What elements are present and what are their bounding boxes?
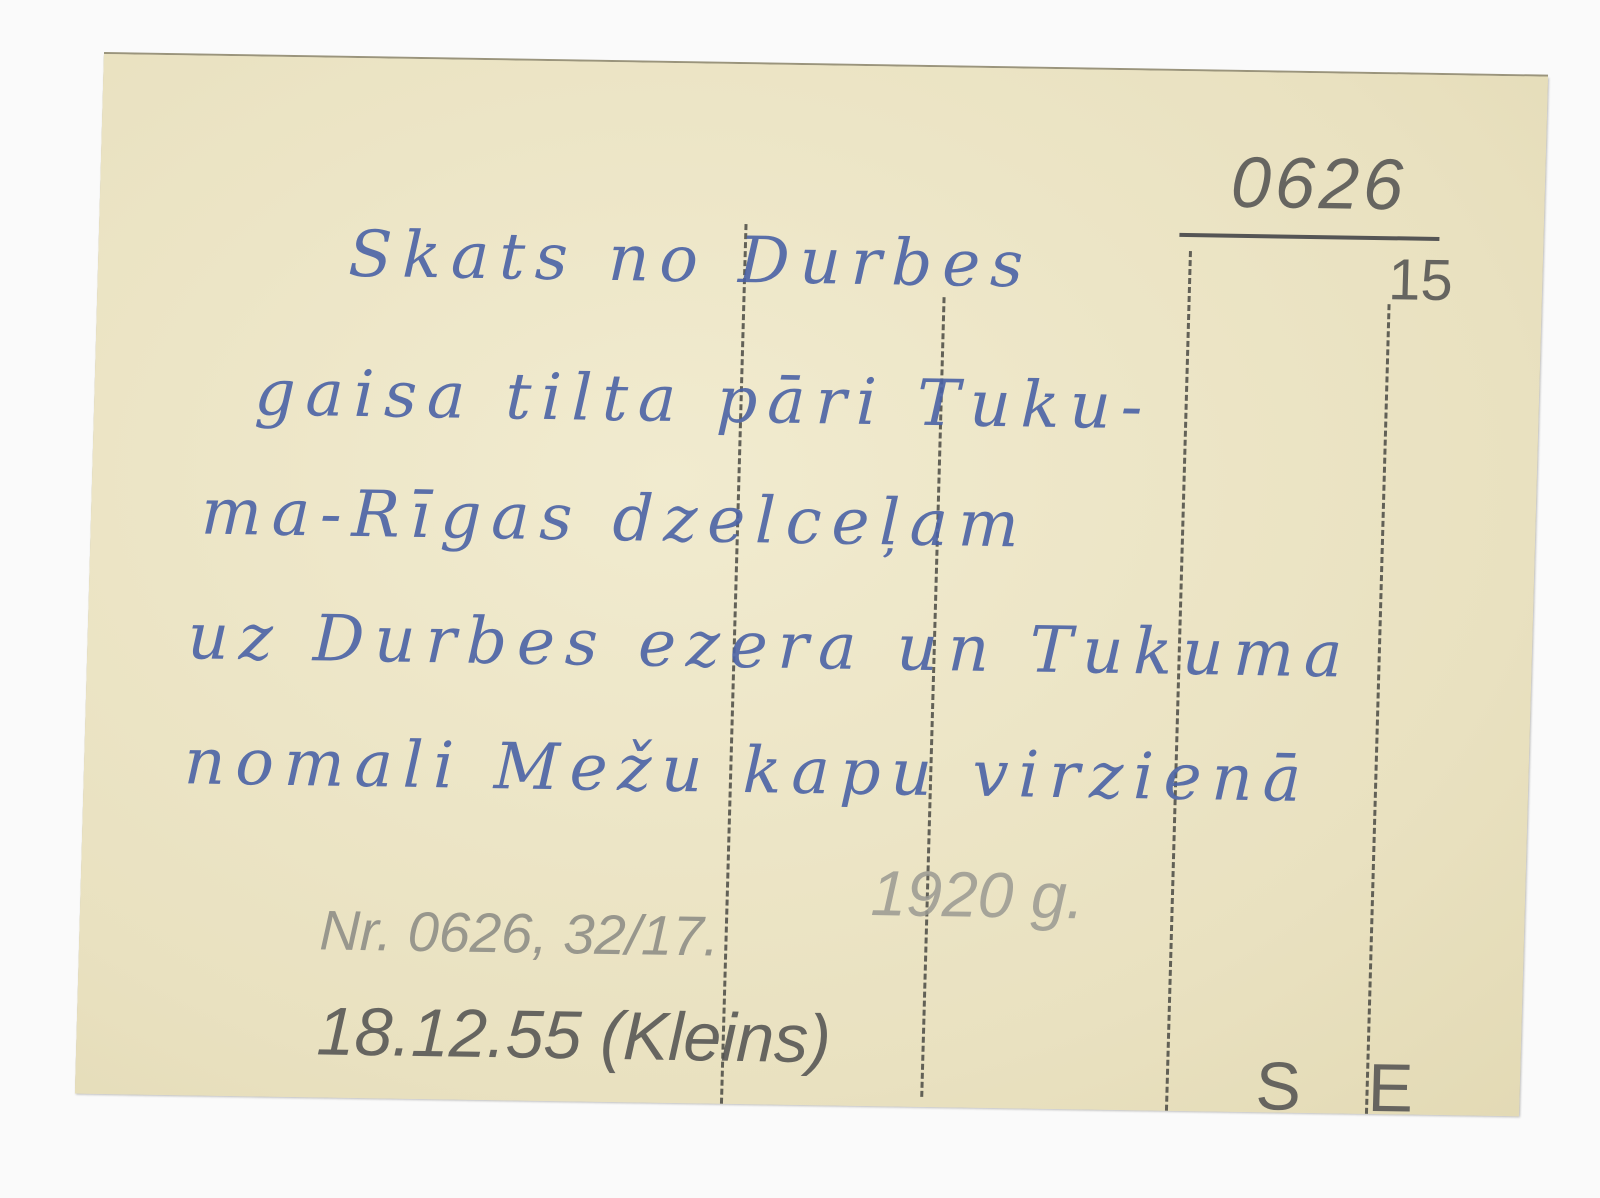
inventory-underline xyxy=(1179,233,1439,241)
description-line-1: Skats no Durbes xyxy=(347,218,1034,303)
description-line-5: nomali Mežu kapu virzienā xyxy=(183,725,1312,817)
inventory-number: 0626 xyxy=(1230,142,1408,227)
inventory-sub-number: 15 xyxy=(1387,246,1453,314)
date-author-note: 18.12.55 (Kleins) xyxy=(316,992,832,1078)
description-line-3: ma-Rīgas dzelceļam xyxy=(200,476,1030,563)
registry-note: Nr. 0626, 32/17. xyxy=(319,897,720,968)
fold-line xyxy=(1365,304,1391,1114)
description-line-2: gaisa tilta pāri Tuku- xyxy=(254,356,1154,444)
year-note: 1920 g. xyxy=(870,856,1086,933)
photo-card-back: 0626 15 Skats no Durbes gaisa tilta pāri… xyxy=(75,54,1548,1116)
initials: S E xyxy=(1255,1047,1439,1128)
